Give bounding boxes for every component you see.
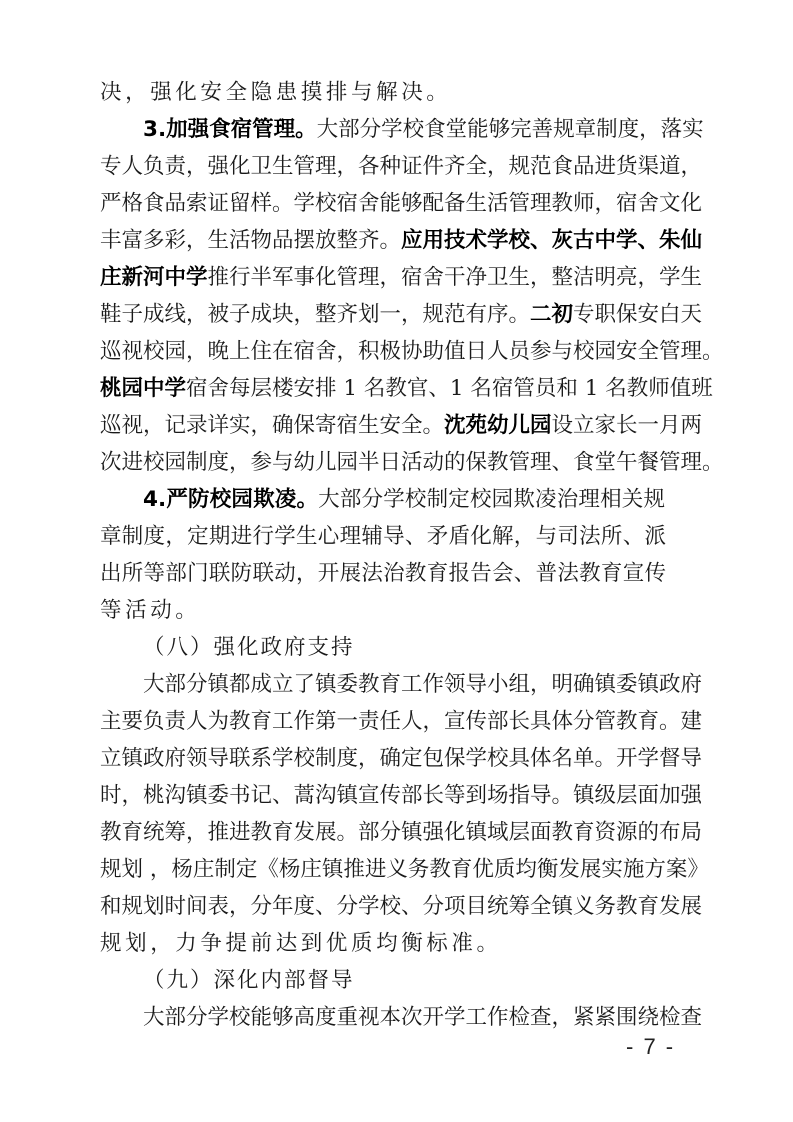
line-text: 鞋子成线，被子成块，整齐划一，规范有序。 [100, 302, 530, 327]
heading-text: （九）深化内部督导 [143, 968, 355, 993]
text-line: 大部分学校能够高度重视本次开学工作检查，紧紧围绕检查 [143, 1003, 696, 1033]
text-line: 规划，力争提前达到优质均衡标准。 [100, 929, 502, 959]
line-text: 和规划时间表，分年度、分学校、分项目统筹全镇义务教育发展 [100, 894, 702, 919]
line-text: 规划 ，杨庄制定《杨庄镇推进义务教育优质均衡发展实施方案》 [100, 857, 709, 882]
line-text: 严格食品索证留样。学校宿舍能够配备生活管理教师，宿舍文化 [100, 191, 702, 216]
section-heading-9: （九）深化内部督导 [143, 966, 355, 996]
line-text: 大部分镇都成立了镇委教育工作领导小组，明确镇委镇政府 [143, 672, 702, 697]
line-text: 巡视校园，晚上住在宿舍，积极协助值日人员参与校园安全管理。 [100, 339, 724, 364]
text-line: 桃园中学宿舍每层楼安排 1 名教官、1 名宿管员和 1 名教师值班 [100, 374, 696, 404]
line-text: 专人负责，强化卫生管理，各种证件齐全，规范食品进货渠道， [100, 154, 702, 179]
text-line: 巡视，记录详实，确保寄宿生安全。沈苑幼儿园设立家长一月两 [100, 411, 696, 441]
text-line: 和规划时间表，分年度、分学校、分项目统筹全镇义务教育发展 [100, 892, 696, 922]
text-line: 决，强化安全隐患摸排与解决。 [100, 78, 451, 108]
line-text: 主要负责人为教育工作第一责任人，宣传部长具体分管教育。建 [100, 709, 702, 734]
text-line: 庄新河中学推行半军事化管理，宿舍干净卫生，整洁明亮，学生 [100, 263, 696, 293]
line-text: 决，强化安全隐患摸排与解决。 [100, 80, 451, 105]
school-name-bold: 二初 [530, 302, 573, 327]
text-line: 大部分镇都成立了镇委教育工作领导小组，明确镇委镇政府 [143, 670, 696, 700]
section-heading-8: （八）强化政府支持 [143, 633, 355, 663]
text-line: 等活动。 [100, 596, 200, 626]
text-line: 主要负责人为教育工作第一责任人，宣传部长具体分管教育。建 [100, 707, 696, 737]
text-line: 丰富多彩，生活物品摆放整齐。应用技术学校、灰古中学、朱仙 [100, 226, 696, 256]
school-name-bold: 沈苑幼儿园 [444, 413, 552, 438]
section-heading-4: 4.严防校园欺凌。 [143, 487, 318, 512]
page-number: - 7 - [626, 1034, 675, 1060]
line-text: 大部分学校制定校园欺凌治理相关规 [318, 487, 665, 512]
line-text: 大部分学校能够高度重视本次开学工作检查，紧紧围绕检查 [143, 1005, 702, 1030]
heading-text: （八）强化政府支持 [143, 635, 355, 660]
text-line: 教育统筹，推进教育发展。部分镇强化镇域层面教育资源的布局 [100, 818, 696, 848]
line-text: 教育统筹，推进教育发展。部分镇强化镇域层面教育资源的布局 [100, 820, 702, 845]
paragraph-3-heading-line: 3.加强食宿管理。大部分学校食堂能够完善规章制度，落实 [143, 115, 696, 145]
line-text: 大部分学校食堂能够完善规章制度，落实 [317, 117, 704, 142]
document-page: 决，强化安全隐患摸排与解决。 3.加强食宿管理。大部分学校食堂能够完善规章制度，… [0, 0, 793, 1122]
line-text: 章制度，定期进行学生心理辅导、矛盾化解，与司法所、派 [100, 524, 666, 549]
text-line: 时，桃沟镇委书记、蒿沟镇宣传部长等到场指导。镇级层面加强 [100, 781, 696, 811]
section-heading-3: 3.加强食宿管理。 [143, 117, 317, 142]
school-names-bold: 应用技术学校、灰古中学、朱仙 [401, 228, 702, 253]
line-text: 规划，力争提前达到优质均衡标准。 [100, 931, 502, 956]
text-line: 专人负责，强化卫生管理，各种证件齐全，规范食品进货渠道， [100, 152, 696, 182]
line-text: 巡视，记录详实，确保寄宿生安全。 [100, 413, 444, 438]
line-text: 推行半军事化管理，宿舍干净卫生，整洁明亮，学生 [208, 265, 703, 290]
text-line: 严格食品索证留样。学校宿舍能够配备生活管理教师，宿舍文化 [100, 189, 696, 219]
line-text: 次进校园制度，参与幼儿园半日活动的保教管理、食堂午餐管理。 [100, 450, 724, 475]
text-line: 巡视校园，晚上住在宿舍，积极协助值日人员参与校园安全管理。 [100, 337, 696, 367]
paragraph-4-heading-line: 4.严防校园欺凌。大部分学校制定校园欺凌治理相关规 [143, 485, 665, 515]
line-text: 宿舍每层楼安排 1 名教官、1 名宿管员和 1 名教师值班 [186, 376, 713, 401]
line-text: 设立家长一月两 [552, 413, 703, 438]
line-text: 丰富多彩，生活物品摆放整齐。 [100, 228, 401, 253]
school-name-bold: 桃园中学 [100, 376, 186, 401]
text-line: 立镇政府领导联系学校制度，确定包保学校具体名单。开学督导 [100, 744, 696, 774]
text-line: 出所等部门联防联动，开展法治教育报告会、普法教育宣传 [100, 559, 666, 589]
line-text: 立镇政府领导联系学校制度，确定包保学校具体名单。开学督导 [100, 746, 702, 771]
line-text: 专职保安白天 [573, 302, 702, 327]
line-text: 等活动。 [100, 598, 200, 623]
text-line: 章制度，定期进行学生心理辅导、矛盾化解，与司法所、派 [100, 522, 666, 552]
text-line: 规划 ，杨庄制定《杨庄镇推进义务教育优质均衡发展实施方案》 [100, 855, 696, 885]
line-text: 时，桃沟镇委书记、蒿沟镇宣传部长等到场指导。镇级层面加强 [100, 783, 702, 808]
text-line: 鞋子成线，被子成块，整齐划一，规范有序。二初专职保安白天 [100, 300, 696, 330]
text-line: 次进校园制度，参与幼儿园半日活动的保教管理、食堂午餐管理。 [100, 448, 696, 478]
line-text: 出所等部门联防联动，开展法治教育报告会、普法教育宣传 [100, 561, 666, 586]
school-name-bold: 庄新河中学 [100, 265, 208, 290]
